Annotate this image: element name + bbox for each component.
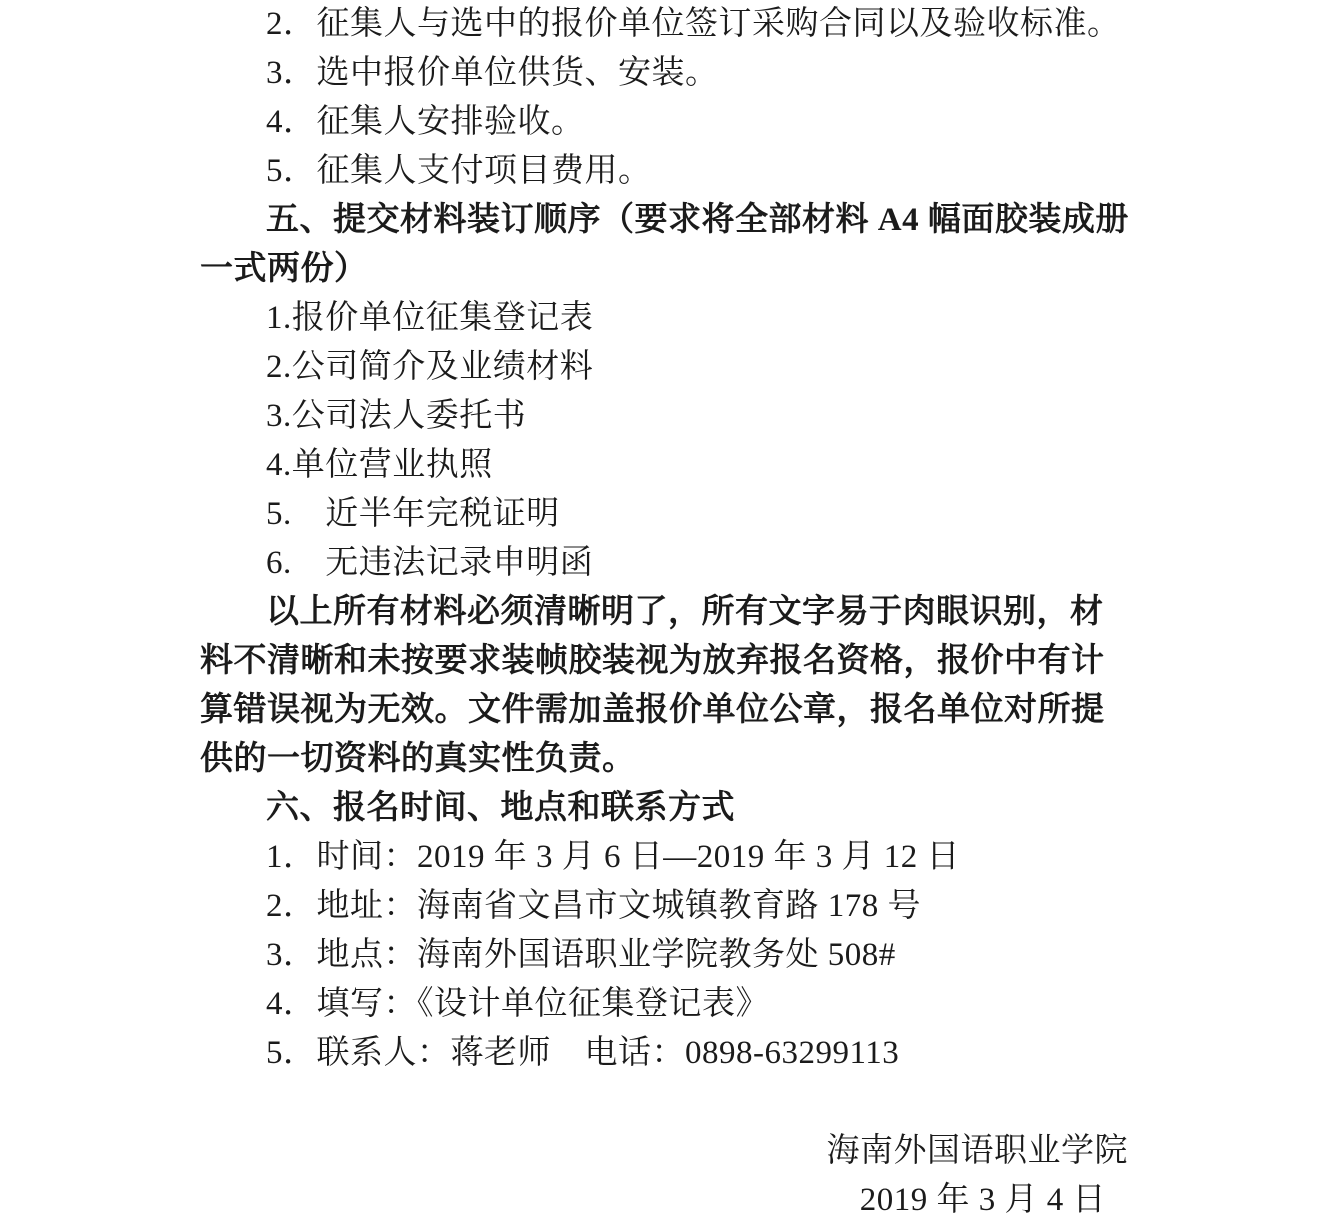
list-item-contact-place: 3．地点：海南外国语职业学院教务处 508# [0, 931, 1322, 980]
list-item-material-3: 3.公司法人委托书 [0, 392, 1322, 441]
list-item-contact-time: 1．时间：2019 年 3 月 6 日—2019 年 3 月 12 日 [0, 833, 1322, 882]
notice-paragraph-line-2: 料不清晰和未按要求装帧胶装视为放弃报名资格，报价中有计 [0, 637, 1322, 686]
section-heading-6: 六、报名时间、地点和联系方式 [0, 784, 1322, 833]
signature-org: 海南外国语职业学院 [0, 1127, 1322, 1176]
blank-line [0, 1078, 1322, 1127]
list-item-material-1: 1.报价单位征集登记表 [0, 294, 1322, 343]
list-item-material-4: 4.单位营业执照 [0, 441, 1322, 490]
list-item-material-6: 6. 无违法记录申明函 [0, 539, 1322, 588]
document-page: 2．征集人与选中的报价单位签订采购合同以及验收标准。 3．选中报价单位供货、安装… [0, 0, 1322, 1225]
list-item-procedure-2: 2．征集人与选中的报价单位签订采购合同以及验收标准。 [0, 0, 1322, 49]
list-item-contact-person: 5．联系人：蒋老师 电话：0898-63299113 [0, 1029, 1322, 1078]
section-heading-5-cont: 一式两份） [0, 245, 1322, 294]
list-item-procedure-4: 4．征集人安排验收。 [0, 98, 1322, 147]
notice-paragraph-line-3: 算错误视为无效。文件需加盖报价单位公章，报名单位对所提 [0, 686, 1322, 735]
list-item-procedure-5: 5．征集人支付项目费用。 [0, 147, 1322, 196]
signature-date: 2019 年 3 月 4 日 [0, 1176, 1322, 1225]
notice-paragraph-line-4: 供的一切资料的真实性负责。 [0, 735, 1322, 784]
list-item-procedure-3: 3．选中报价单位供货、安装。 [0, 49, 1322, 98]
list-item-material-5: 5. 近半年完税证明 [0, 490, 1322, 539]
notice-paragraph-line-1: 以上所有材料必须清晰明了，所有文字易于肉眼识别，材 [0, 588, 1322, 637]
list-item-material-2: 2.公司简介及业绩材料 [0, 343, 1322, 392]
list-item-contact-form: 4．填写：《设计单位征集登记表》 [0, 980, 1322, 1029]
list-item-contact-address: 2．地址：海南省文昌市文城镇教育路 178 号 [0, 882, 1322, 931]
section-heading-5: 五、提交材料装订顺序（要求将全部材料 A4 幅面胶装成册 [0, 196, 1322, 245]
